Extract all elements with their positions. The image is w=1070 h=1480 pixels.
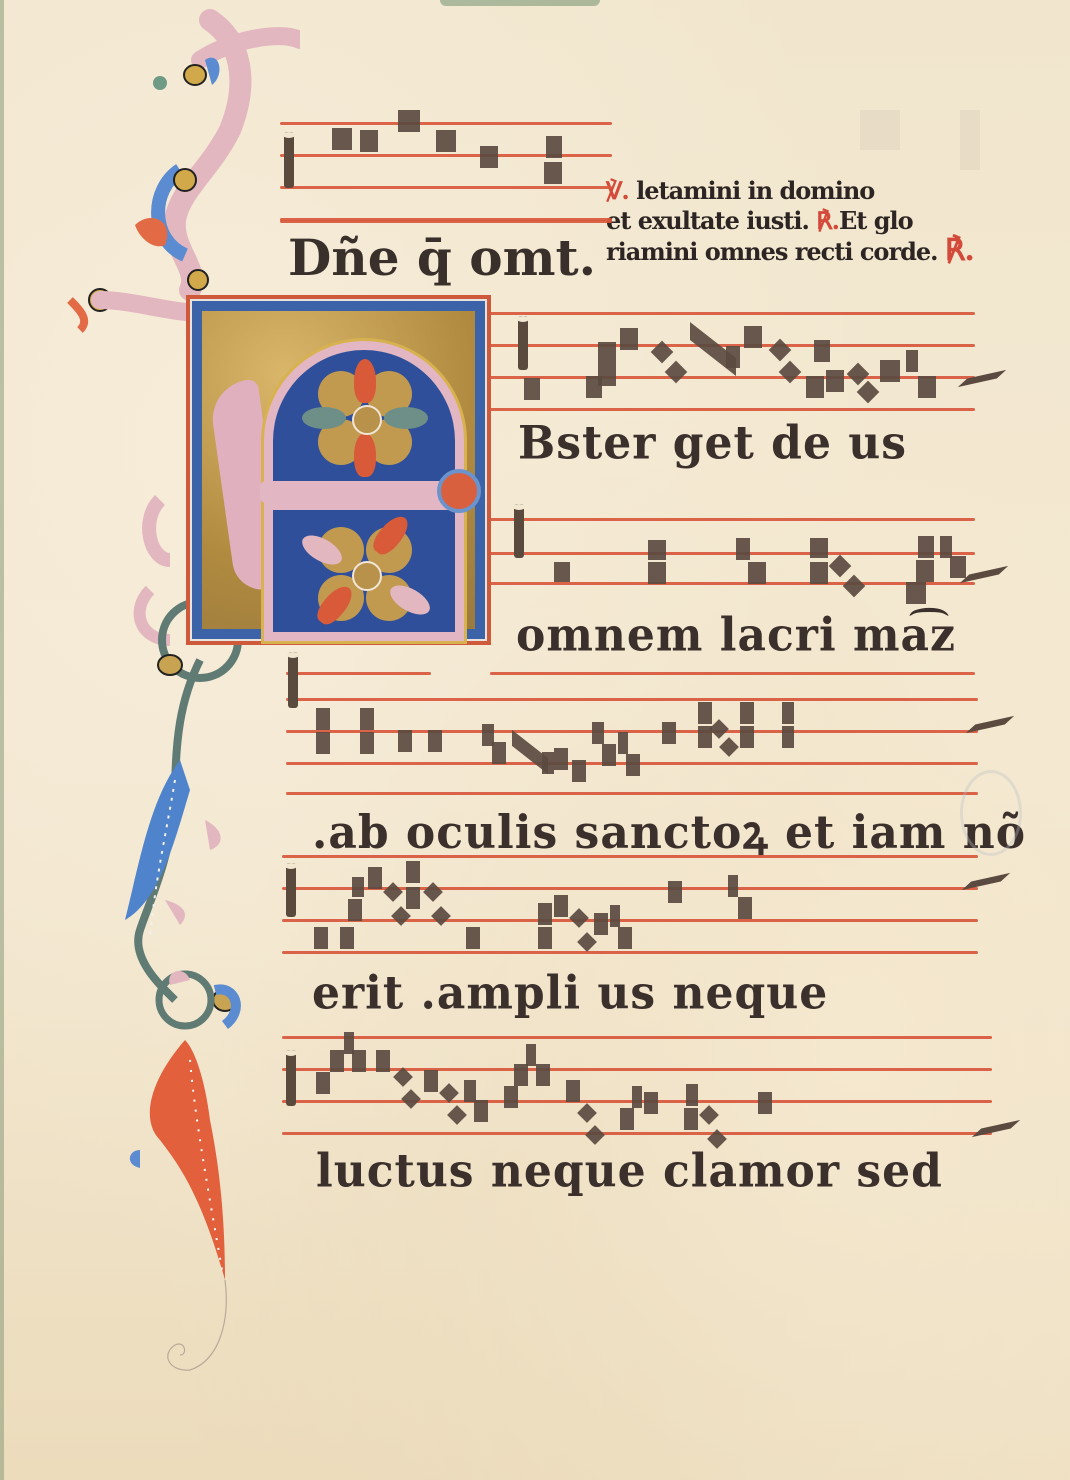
response-sign: ℟. xyxy=(816,206,839,235)
acanthus-border-decoration xyxy=(0,0,300,1480)
rubric-line-2: et exultate iusti. ℟.Et glo xyxy=(606,206,986,236)
lyric-line-5: luctus neque clamor sed xyxy=(316,1145,943,1199)
custos xyxy=(962,873,1010,890)
custos xyxy=(960,566,1008,583)
music-staff-2 xyxy=(490,518,975,588)
manuscript-page: Dñe q̄ omt. ℣. letamini in domino et exu… xyxy=(0,0,1070,1480)
gold-ground xyxy=(202,311,475,629)
c-clef xyxy=(286,863,296,917)
show-through xyxy=(860,110,900,150)
music-staff-5 xyxy=(282,1036,992,1136)
c-clef xyxy=(286,1050,296,1106)
c-clef xyxy=(518,316,528,370)
crossbar-boss-ornament xyxy=(437,469,481,513)
rubric-line-1: ℣. letamini in domino xyxy=(606,176,986,206)
custos xyxy=(966,716,1014,733)
music-staff-0 xyxy=(280,122,612,222)
incipit-text: Dñe q̄ omt. xyxy=(288,228,596,287)
initial-frame xyxy=(190,299,487,641)
rubric-text: Et glo xyxy=(839,206,913,235)
lyric-line-4: erit .ampli us neque xyxy=(312,967,828,1021)
show-through xyxy=(960,110,980,170)
lyric-line-3: .ab oculis sanctoꝝ et iam nõ xyxy=(312,799,1026,862)
music-staff-4 xyxy=(282,855,978,955)
library-stamp xyxy=(960,770,1022,856)
rubric-versicle: ℣. letamini in domino et exultate iusti.… xyxy=(606,176,986,267)
rubric-line-3: riamini omnes recti corde. ℟. xyxy=(606,236,986,267)
rubric-text: riamini omnes recti corde. xyxy=(606,237,945,266)
rosette-upper xyxy=(310,363,420,473)
music-staff-1 xyxy=(490,312,975,412)
rubric-text: letamini in domino xyxy=(629,176,875,205)
staff-line xyxy=(490,672,975,676)
rubric-text: et exultate iusti. xyxy=(606,206,816,235)
c-clef xyxy=(284,132,294,188)
c-clef xyxy=(288,652,298,708)
response-sign: ℟. xyxy=(945,233,974,268)
illuminated-initial-a xyxy=(186,295,491,645)
music-staff-0-bottom xyxy=(280,218,612,222)
rosette-lower xyxy=(310,519,420,629)
lyric-line-1: Bster get de us xyxy=(518,417,907,471)
lyric-line-2: omnem lacri ma͡z xyxy=(516,609,956,663)
c-clef xyxy=(514,504,524,558)
music-staff-3 xyxy=(286,680,978,790)
custos xyxy=(972,1120,1020,1137)
adjacent-leaf-edge xyxy=(440,0,600,6)
